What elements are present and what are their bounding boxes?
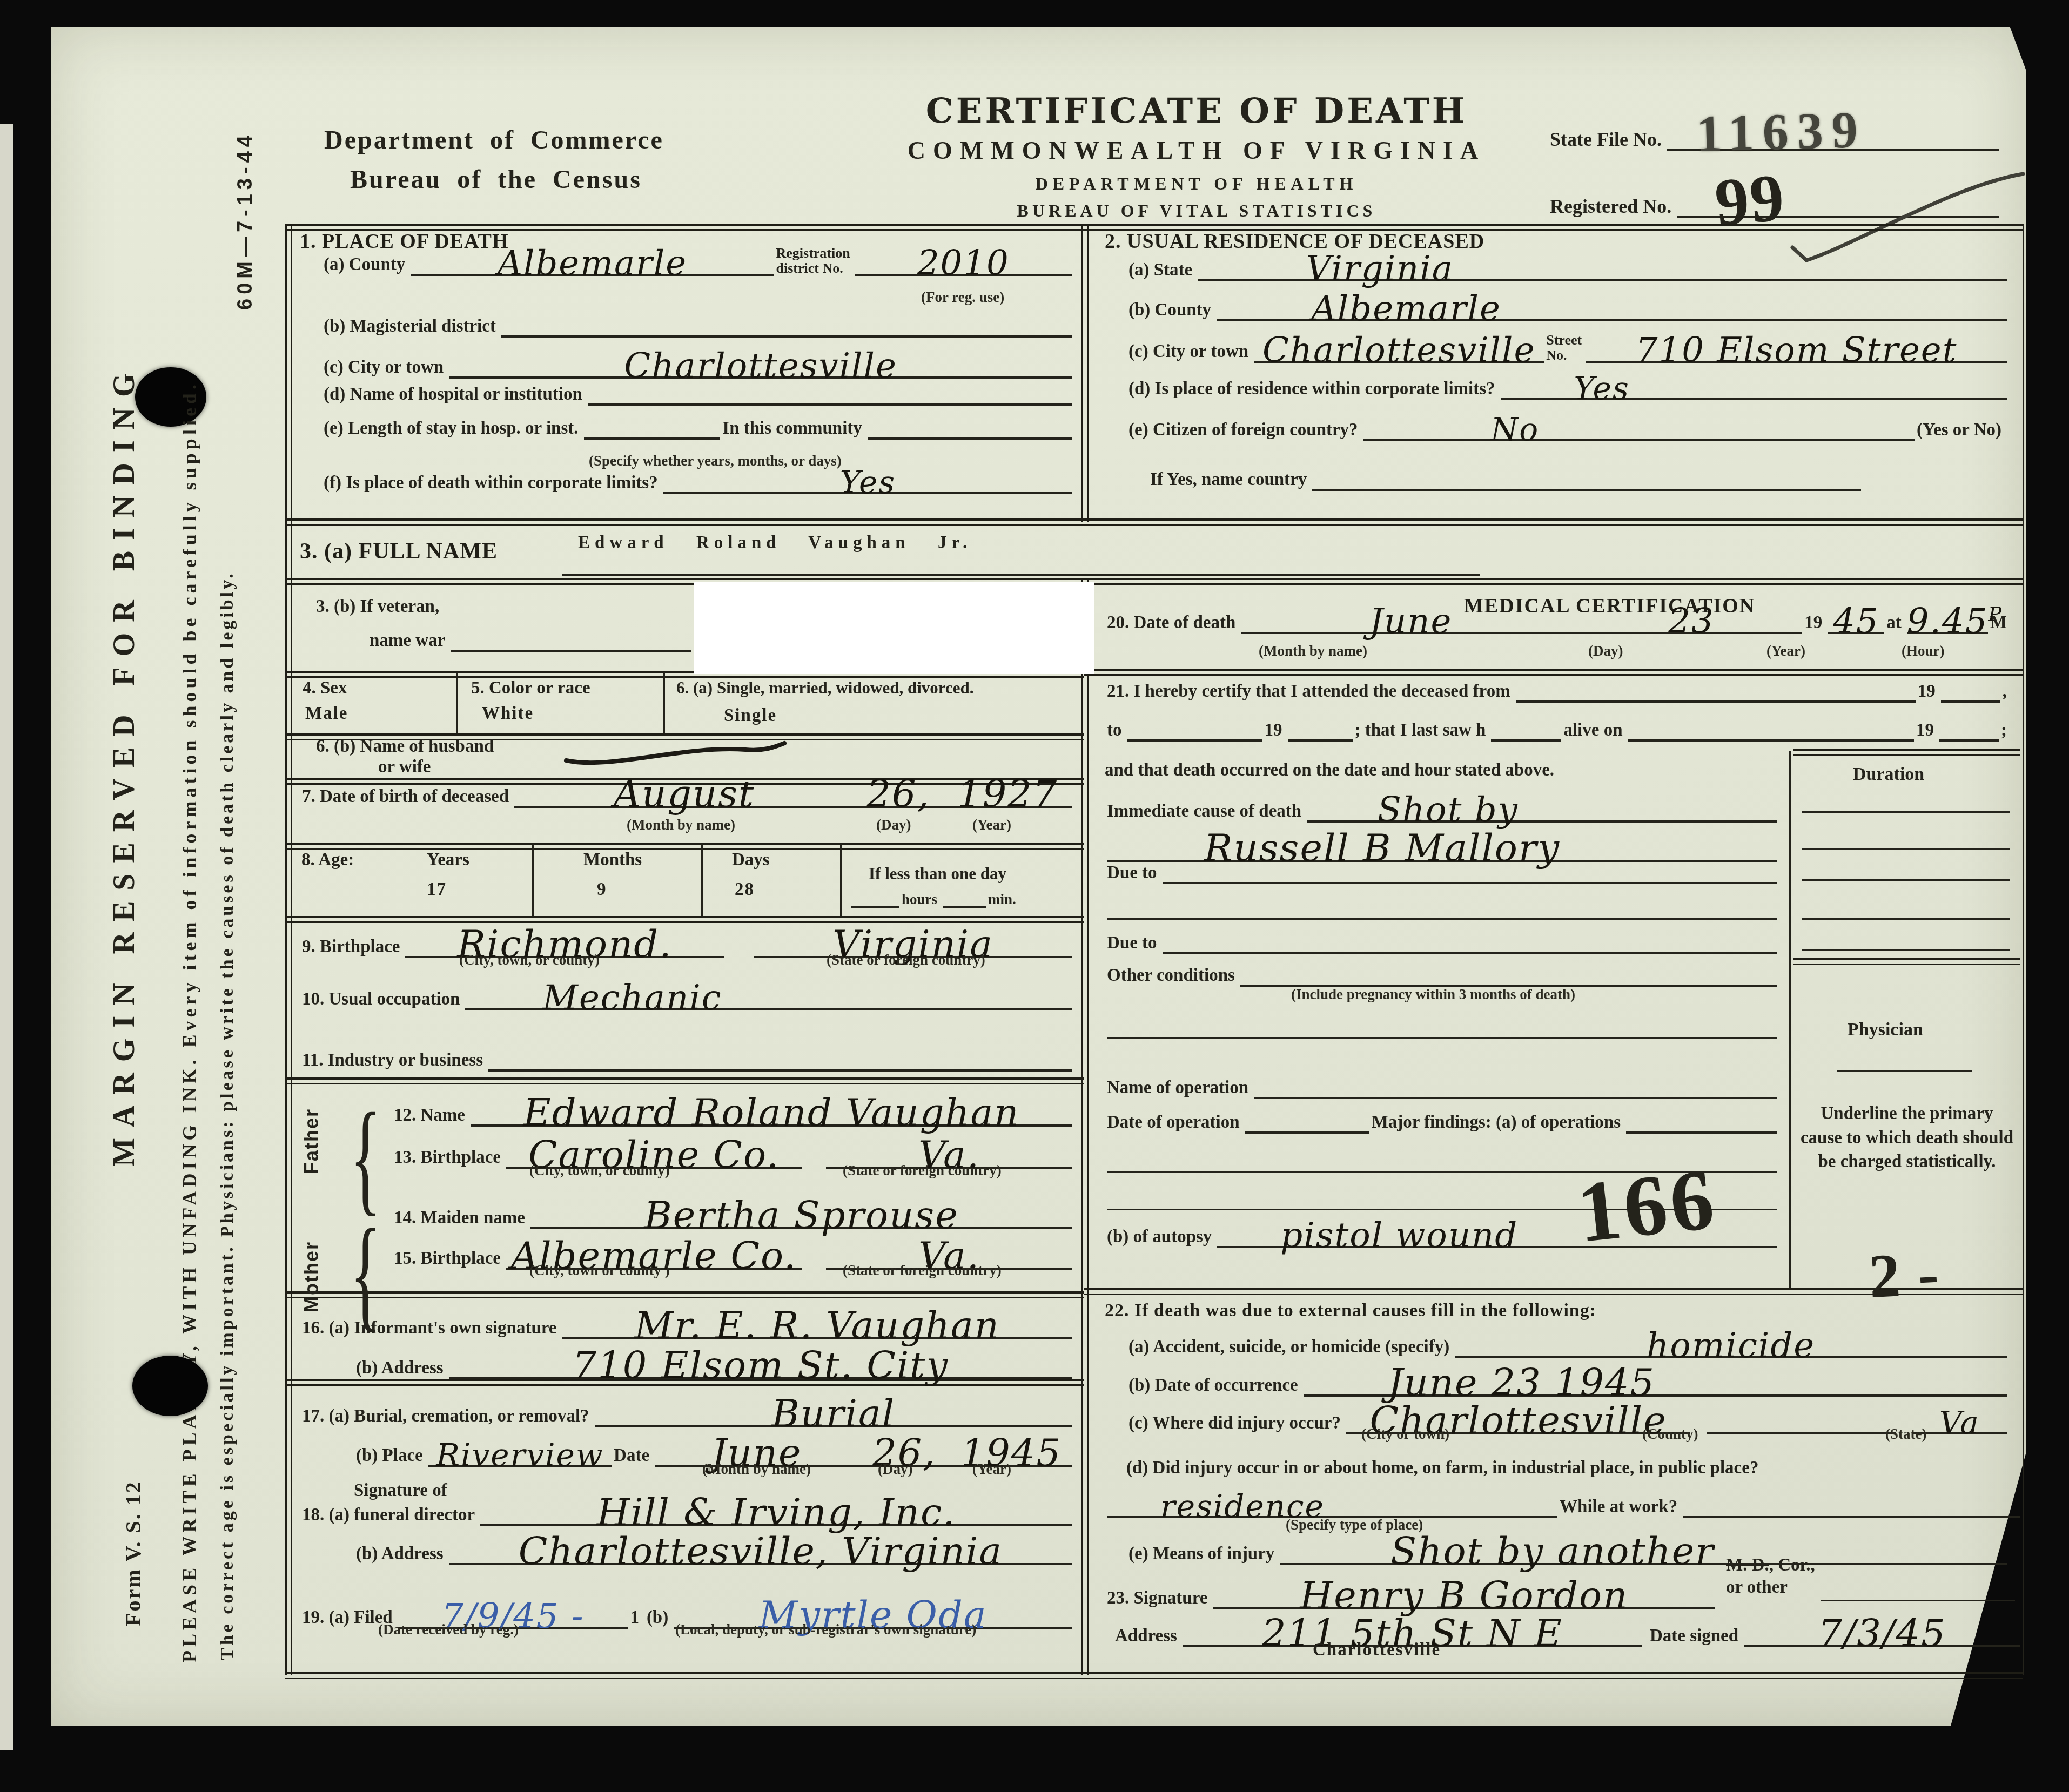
autopsy-value: pistol wound: [1280, 1223, 1518, 1248]
s2d-row: (d) Is place of residence within corpora…: [1126, 374, 2007, 400]
rule-l-1560: [285, 843, 1084, 850]
due1-row: Due to: [1105, 863, 1777, 884]
s22-work-label: While at work?: [1557, 1497, 1683, 1518]
s22b-label: (b) Date of occurrence: [1126, 1376, 1304, 1397]
s2c-value: Charlottesville: [1262, 338, 1536, 363]
s2-country-row: If Yes, name country: [1148, 470, 1861, 491]
s17a-value: Burial: [772, 1400, 896, 1427]
physician-label: Physician: [1848, 1020, 1923, 1040]
findings-label: Major findings: (a) of operations: [1369, 1113, 1626, 1134]
s1a-label: (a) County: [321, 255, 411, 276]
s11-line: [488, 1067, 1072, 1072]
rule-r-1238: [1084, 669, 2023, 676]
s12-value: Edward Roland Vaughan: [523, 1099, 1020, 1126]
s8-label: 8. Age:: [301, 850, 354, 870]
s21-line1: 21. I hereby certify that I attended the…: [1105, 682, 2012, 703]
s12-label: 12. Name: [392, 1106, 471, 1127]
s23-date-label: Date signed: [1648, 1626, 1744, 1647]
column-divider-upper: [1081, 224, 1089, 522]
s2a-line: Virginia: [1198, 253, 2007, 281]
s2-street-label2: No.: [1546, 348, 1582, 363]
fullname-label: 3. (a) FULL NAME: [300, 538, 498, 564]
s8-min-label: min.: [986, 891, 1022, 908]
underline-note: Underline the primary cause to which dea…: [1799, 1102, 2015, 1174]
s22-work-line: [1683, 1514, 2020, 1518]
s11-label: 11. Industry or business: [300, 1050, 488, 1072]
s1f-value: Yes: [840, 471, 896, 494]
s1b-row: (b) Magisterial district: [321, 316, 1072, 338]
s22c-note-county: (County): [1642, 1426, 1698, 1443]
due2-row: Due to: [1105, 933, 1777, 954]
s22c-county-line: [1707, 1430, 1896, 1434]
s16b-line: 710 Elsom St. City: [449, 1348, 1072, 1379]
s6b-label2: or wife: [378, 757, 431, 777]
op-date-label: Date of operation: [1105, 1113, 1245, 1134]
s14-row: 14. Maiden name Bertha Sprouse: [392, 1198, 1072, 1229]
s2c-row: (c) City or town Charlottesville Street …: [1126, 333, 2007, 363]
punch-hole-bottom: [132, 1356, 208, 1416]
s18b-value: Charlottesville, Virginia: [519, 1538, 1003, 1565]
s17a-label: 17. (a) Burial, cremation, or removal?: [300, 1406, 595, 1427]
s8-hours-label: hours: [899, 891, 943, 908]
s1f-row: (f) Is place of death within corporate l…: [321, 468, 1072, 494]
s21-y3: 19: [1914, 720, 1939, 742]
s7-day-line: 26,: [854, 777, 943, 808]
duration-label: Duration: [1853, 764, 1924, 785]
state-file-stamp: 11639: [1696, 99, 1868, 164]
s20-hour: 9.45: [1907, 602, 1989, 642]
s19-one: 1: [628, 1608, 644, 1629]
duration-bottom-rule: [1793, 958, 2020, 965]
s13-note1: (City, town, or county): [529, 1162, 670, 1179]
s10-line: Mechanic: [465, 982, 1072, 1010]
s8-days-label: Days: [732, 850, 770, 870]
s17-note-year: (Year): [972, 1461, 1011, 1478]
op-name-line: [1254, 1095, 1777, 1099]
op-name-label: Name of operation: [1105, 1078, 1254, 1099]
s23-sig-line: Henry B Gordon: [1213, 1578, 1715, 1609]
other-cond-note: (Include pregnancy within 3 months of de…: [1291, 986, 1575, 1003]
s1-reg-note: (For reg. use): [921, 289, 1004, 306]
s1d-row: (d) Name of hospital or institution: [321, 385, 1072, 406]
physician-underline: [1837, 1070, 1972, 1072]
findings-line: [1626, 1129, 1777, 1134]
due1-line: [1163, 880, 1777, 884]
s2b-line: Albemarle: [1217, 293, 2007, 321]
s12-line: Edward Roland Vaughan: [471, 1095, 1072, 1127]
s15-label: 15. Birthplace: [392, 1249, 506, 1270]
age-divider-2: [701, 844, 703, 916]
s1-reg-label2: district No.: [776, 261, 850, 276]
sex-color-divider: [456, 672, 458, 733]
s1f-label: (f) Is place of death within corporate l…: [321, 473, 663, 494]
s8-months-label: Months: [583, 850, 642, 870]
duration-divider: [1789, 751, 1791, 1288]
s22a-label: (a) Accident, suicide, or homicide (spec…: [1126, 1337, 1455, 1358]
s21-to-label: to: [1105, 720, 1127, 742]
s20-day-line: 23: [1581, 605, 1803, 634]
op-date-line: [1245, 1129, 1369, 1134]
s2-street-line: 710 Elsom Street: [1586, 334, 2007, 363]
s1e-note: (Specify whether years, months, or days): [589, 453, 842, 469]
s18a-label: 18. (a) funeral director: [300, 1505, 480, 1526]
s7-year: 1927: [957, 780, 1058, 807]
name-row-top-rule: [285, 518, 2023, 526]
s20-year: 45: [1833, 609, 1879, 634]
s20-note-day: (Day): [1588, 643, 1623, 659]
s9-note1: (City, town, or county): [459, 952, 600, 968]
s23-other-line: [1821, 1600, 2015, 1601]
s21-semi: ;: [1999, 720, 2012, 742]
s10-row: 10. Usual occupation Mechanic: [300, 982, 1072, 1010]
s16a-row: 16. (a) Informant's own signature Mr. E.…: [300, 1308, 1072, 1339]
s2b-value: Albemarle: [1312, 297, 1501, 321]
s4-label: 4. Sex: [303, 678, 347, 698]
s2-street-label1: Street: [1546, 333, 1582, 348]
s1c-label: (c) City or town: [321, 358, 449, 379]
s20-hour-sup: P: [1988, 603, 2003, 626]
duration-line-2: [1802, 848, 2010, 850]
s20-row: 20. Date of death June 23 19 45 at 9.45P…: [1105, 604, 2012, 634]
s8-months-value: 9: [597, 880, 607, 900]
due1-label: Due to: [1105, 863, 1163, 884]
cause-line2: Russell B Mallory: [1107, 831, 1777, 862]
s22a-row: (a) Accident, suicide, or homicide (spec…: [1126, 1330, 2007, 1358]
father-label: Father: [300, 1108, 323, 1174]
s14-label: 14. Maiden name: [392, 1208, 530, 1229]
red-code-2: 2 -: [1868, 1238, 1942, 1313]
s22d-line: residence: [1107, 1492, 1557, 1518]
s23-address-label: Address: [1113, 1626, 1183, 1647]
s1-reg-label: Registration district No.: [774, 246, 854, 276]
s15-note1: (City, town or county ): [529, 1262, 670, 1279]
s23-other: or other: [1726, 1578, 1788, 1597]
s7-row: 7. Date of birth of deceased August 26, …: [300, 777, 1072, 808]
s7-note-day: (Day): [876, 817, 911, 833]
s21-mid: ; that I last saw h: [1353, 720, 1492, 742]
s8-years-value: 17: [427, 880, 447, 900]
s11-row: 11. Industry or business: [300, 1050, 1072, 1072]
s20-hour-wrap: 9.45P: [1907, 608, 2003, 634]
bureau-vs-line: BUREAU OF VITAL STATISTICS: [864, 201, 1529, 221]
s2d-label: (d) Is place of residence within corpora…: [1126, 379, 1501, 400]
fullname-line: [562, 574, 1480, 576]
color-marital-divider: [663, 672, 665, 733]
s2-country-label: If Yes, name country: [1148, 470, 1312, 491]
s2-country-line: [1312, 487, 1861, 491]
s7-note-year: (Year): [972, 817, 1011, 833]
name-row-bottom-rule: [285, 578, 2023, 585]
s23-cert-label: M. D., Cor., or other: [1726, 1554, 1815, 1599]
s21-y1: 19: [1916, 682, 1941, 703]
s1c-value: Charlottesville: [624, 354, 897, 379]
s22e-line: Shot by another: [1280, 1534, 2007, 1565]
certificate-title: CERTIFICATE OF DEATH: [864, 91, 1529, 131]
s9-label: 9. Birthplace: [300, 937, 405, 958]
cause-row: Immediate cause of death Shot by: [1105, 794, 1777, 823]
s23-cor: , Cor.,: [1769, 1555, 1815, 1575]
s7-month: August: [614, 780, 755, 807]
s22e-label: (e) Means of injury: [1126, 1544, 1280, 1565]
s12-row: 12. Name Edward Roland Vaughan: [392, 1095, 1072, 1127]
s1e-label: (e) Length of stay in hosp. or inst.: [321, 419, 584, 440]
s22c-note-city: (City or town): [1361, 1426, 1449, 1443]
dept-health-line: DEPARTMENT OF HEALTH: [864, 174, 1529, 194]
s17b-label: (b) Place: [354, 1446, 428, 1467]
s19-note-b: (Local, deputy, or sub-registrar's own s…: [675, 1621, 976, 1638]
fullname-value: Edward Roland Vaughan Jr.: [578, 533, 972, 553]
autopsy-label: (b) of autopsy: [1105, 1227, 1217, 1248]
s16a-line: Mr. E. R. Vaughan: [562, 1308, 1073, 1339]
s1b-line: [501, 333, 1072, 338]
s16a-value: Mr. E. R. Vaughan: [635, 1312, 1000, 1339]
s2b-label: (b) County: [1126, 300, 1217, 321]
s1e-mid-label: In this community: [720, 419, 868, 440]
s1a-value: Albemarle: [498, 251, 687, 276]
s22c-row: (c) Where did injury occur? Charlottesvi…: [1126, 1403, 2007, 1434]
s15-note2: (State or foreign country): [843, 1262, 1002, 1279]
veteran-label2: name war: [367, 631, 451, 652]
s21-y1-line: [1941, 698, 2000, 703]
s1e-line1: [584, 435, 721, 440]
s20-label: 20. Date of death: [1105, 613, 1241, 634]
s4-value: Male: [305, 704, 348, 724]
other-cond-extra-line: [1107, 1037, 1777, 1039]
column-divider-lower: [1081, 578, 1089, 1675]
s2d-value: Yes: [1574, 378, 1629, 400]
due2-label: Due to: [1105, 933, 1163, 954]
due1-extra-line: [1107, 918, 1777, 920]
s2e-note: (Yes or No): [1915, 420, 2007, 441]
veteran-war-line: [451, 648, 691, 652]
s23-value: Henry B Gordon: [1300, 1582, 1628, 1609]
s8-hours-line: [851, 904, 899, 908]
redaction-box: [694, 582, 1094, 674]
s18a-value: Hill & Irving, Inc.: [597, 1499, 956, 1526]
s2b-row: (b) County Albemarle: [1126, 293, 2007, 321]
cause-value2: Russell B Mallory: [1204, 834, 1560, 861]
s2d-line: Yes: [1501, 374, 2007, 400]
adjacent-page-edge: [0, 124, 13, 1750]
s1c-row: (c) City or town Charlottesville: [321, 350, 1072, 379]
mother-label: Mother: [300, 1241, 323, 1312]
s8-min-line: [943, 904, 986, 908]
s16b-row: (b) Address 710 Elsom St. City: [354, 1348, 1072, 1379]
s20-month: June: [1369, 609, 1452, 634]
s17-note-day: (Day): [878, 1461, 912, 1478]
veteran-label1: 3. (b) If veteran,: [316, 597, 439, 617]
s22c-note-state: (State): [1885, 1426, 1926, 1443]
op-date-row: Date of operation Major findings: (a) of…: [1105, 1113, 1777, 1134]
cause-label: Immediate cause of death: [1105, 801, 1307, 823]
s17b-value: Riverview: [436, 1444, 603, 1467]
s2-street-value: 710 Elsom Street: [1636, 338, 1958, 363]
s2a-row: (a) State Virginia: [1126, 253, 2007, 281]
commonwealth-subtitle: COMMONWEALTH OF VIRGINIA: [864, 136, 1529, 165]
registrar-check-mark: [1777, 162, 2031, 265]
s22a-line: homicide: [1455, 1330, 2007, 1358]
s22a-value: homicide: [1647, 1333, 1815, 1358]
s14-line: Bertha Sprouse: [530, 1198, 1072, 1229]
s17a-line: Burial: [595, 1396, 1072, 1427]
state-file-label: State File No.: [1548, 129, 1667, 151]
s20-year-prefix: 19: [1802, 613, 1828, 634]
s22b-line: June 23 1945: [1304, 1365, 2007, 1397]
s2-street-label: Street No.: [1544, 333, 1586, 363]
section22-header: 22. If death was due to external causes …: [1105, 1301, 1596, 1321]
s1a-row: (a) County Albemarle Registration distri…: [321, 246, 1072, 276]
s21-to-line: [1127, 737, 1262, 742]
s21-h-line: [1491, 737, 1561, 742]
s7-note-month: (Month by name): [627, 817, 735, 833]
s22d-label: (d) Did injury occur in or about home, o…: [1126, 1458, 1758, 1478]
s10-label: 10. Usual occupation: [300, 989, 465, 1010]
s2e-label: (e) Citizen of foreign country?: [1126, 420, 1363, 441]
s6b-label1: 6. (b) Name of husband: [316, 737, 494, 757]
instruction-inner: The correct age is especially important.…: [217, 571, 238, 1660]
s1b-label: (b) Magisterial district: [321, 316, 501, 338]
s1f-line: Yes: [663, 468, 1072, 494]
s18b-label: (b) Address: [354, 1544, 449, 1565]
s21-y3-line: [1939, 737, 1999, 742]
s21-line3: and that death occurred on the date and …: [1105, 760, 1554, 780]
s21-alive-line: [1628, 737, 1914, 742]
s21-line1-label: 21. I hereby certify that I attended the…: [1105, 682, 1516, 703]
s13-note2: (State or foreign country): [843, 1162, 1002, 1179]
s21-comma: ,: [2000, 682, 2012, 703]
print-run-code: 60M—7-13-44: [234, 131, 257, 310]
s17a-row: 17. (a) Burial, cremation, or removal? B…: [300, 1396, 1072, 1427]
s20-note-month: (Month by name): [1259, 643, 1367, 659]
s18b-row: (b) Address Charlottesville, Virginia: [354, 1534, 1072, 1565]
bottom-rule: [285, 1672, 2023, 1679]
age-divider-3: [840, 844, 842, 916]
duration-line-1: [1802, 811, 2010, 813]
s16b-value: 710 Elsom St. City: [573, 1352, 949, 1379]
s2c-line: Charlottesville: [1254, 334, 1544, 363]
op-name-row: Name of operation: [1105, 1078, 1777, 1099]
s1d-line: [588, 401, 1072, 406]
rule-l-1995: [285, 1077, 1084, 1084]
due2-line: [1163, 950, 1777, 954]
form-left-border: [285, 224, 292, 1675]
s23-date-row: Date signed 7/3/45: [1648, 1616, 2020, 1647]
s1c-line: Charlottesville: [449, 350, 1072, 379]
s1d-label: (d) Name of hospital or institution: [321, 385, 588, 406]
s22d-value: residence: [1160, 1495, 1325, 1518]
husband-wife-dash-mark: [562, 739, 789, 771]
s8-hours-row: hours min.: [851, 891, 1067, 908]
s1-reg-value: 2010: [917, 251, 1010, 276]
age-divider-1: [532, 844, 534, 916]
s22e-value: Shot by another: [1390, 1538, 1714, 1565]
s23-label: 23. Signature: [1105, 1588, 1213, 1609]
s18a-row: 18. (a) funeral director Hill & Irving, …: [300, 1495, 1072, 1526]
veteran-war-row: name war: [367, 631, 691, 652]
duration-line-5: [1802, 949, 2010, 951]
s20-note-hour: (Hour): [1902, 643, 1944, 659]
s20-at-label: at: [1884, 613, 1907, 634]
s2e-value: No: [1490, 419, 1539, 441]
s23-sig-row: 23. Signature Henry B Gordon: [1105, 1578, 1715, 1609]
s22d-row: residence While at work?: [1107, 1492, 2020, 1518]
s23-md: M. D.: [1726, 1555, 1769, 1575]
s6a-value: Single: [724, 706, 777, 726]
s22c-state: Va: [1939, 1412, 1980, 1434]
s7-label: 7. Date of birth of deceased: [300, 787, 514, 808]
s21-y2: 19: [1262, 720, 1288, 742]
s20-day: 23: [1668, 609, 1714, 634]
agency-line1: Department of Commerce: [324, 125, 664, 155]
other-cond-row: Other conditions: [1105, 966, 1777, 987]
s22c-label: (c) Where did injury occur?: [1126, 1413, 1346, 1434]
scanned-death-certificate: 60M—7-13-44 MARGIN RESERVED FOR BINDING …: [0, 0, 2069, 1792]
s21-line2: to 19 ; that I last saw h alive on 19 ;: [1105, 720, 2012, 742]
s2a-label: (a) State: [1126, 260, 1198, 281]
s2a-value: Virginia: [1306, 257, 1454, 281]
s1-reg-label1: Registration: [776, 246, 850, 261]
s5-label: 5. Color or race: [471, 678, 590, 698]
s19-note-a: (Date received by reg.): [378, 1621, 519, 1638]
s8-years-label: Years: [427, 850, 469, 870]
s21-alive-label: alive on: [1561, 720, 1628, 742]
cause-line1: Shot by: [1307, 794, 1777, 823]
s7-month-line: August: [514, 777, 854, 808]
cause-row2: Russell B Mallory: [1107, 831, 1777, 862]
s18a-line: Hill & Irving, Inc.: [480, 1495, 1072, 1526]
s7-day: 26,: [866, 780, 930, 807]
s16b-label: (b) Address: [354, 1358, 449, 1379]
s20-note-year: (Year): [1766, 643, 1805, 659]
s16a-label: 16. (a) Informant's own signature: [300, 1318, 562, 1339]
s9-note2: (State or foreign country): [827, 952, 985, 968]
s22e-row: (e) Means of injury Shot by another: [1126, 1534, 2007, 1565]
rule-l-2391: [285, 1291, 1084, 1298]
red-code-166: 166: [1573, 1149, 1722, 1263]
duration-top-rule: [1793, 749, 2020, 756]
other-cond-label: Other conditions: [1105, 966, 1240, 987]
s7-year-line: 1927: [943, 777, 1072, 808]
duration-line-3: [1802, 879, 2010, 881]
s19b-label: (b): [644, 1608, 674, 1629]
s5-value: White: [482, 704, 534, 724]
s2e-line: No: [1363, 415, 1915, 441]
instruction-outer: PLEASE WRITE PLAINLY, WITH UNFADING INK.…: [178, 381, 201, 1662]
s20-year-line: 45: [1828, 605, 1884, 634]
s23-city-value: Charlottesville: [1313, 1640, 1441, 1660]
s17b-place-line: Riverview: [428, 1440, 612, 1467]
s18b-line: Charlottesville, Virginia: [449, 1534, 1072, 1565]
s14-value: Bertha Sprouse: [644, 1202, 958, 1229]
s1e-line2: [868, 435, 1072, 440]
s23-date-value: 7/3/45: [1818, 1620, 1946, 1647]
registered-no-label: Registered No.: [1548, 196, 1677, 218]
s22b-row: (b) Date of occurrence June 23 1945: [1126, 1365, 2007, 1397]
binding-margin-note: MARGIN RESERVED FOR BINDING: [107, 362, 142, 1167]
s10-value: Mechanic: [542, 986, 722, 1010]
s1e-row: (e) Length of stay in hosp. or inst. In …: [321, 419, 1072, 440]
s17-date-label: Date: [612, 1446, 655, 1467]
s2e-row: (e) Citizen of foreign country? No (Yes …: [1126, 415, 2007, 441]
cause-value1: Shot by: [1378, 798, 1519, 823]
s8-less-label: If less than one day: [869, 864, 1006, 884]
s1-reg-line: 2010: [855, 247, 1072, 276]
s22b-value: June 23 1945: [1388, 1369, 1655, 1396]
s23-date-line: 7/3/45: [1744, 1616, 2020, 1647]
form-right-border: [2023, 224, 2024, 1675]
s13-label: 13. Birthplace: [392, 1148, 506, 1169]
s20-hour-line: 9.45P: [1907, 604, 1988, 634]
